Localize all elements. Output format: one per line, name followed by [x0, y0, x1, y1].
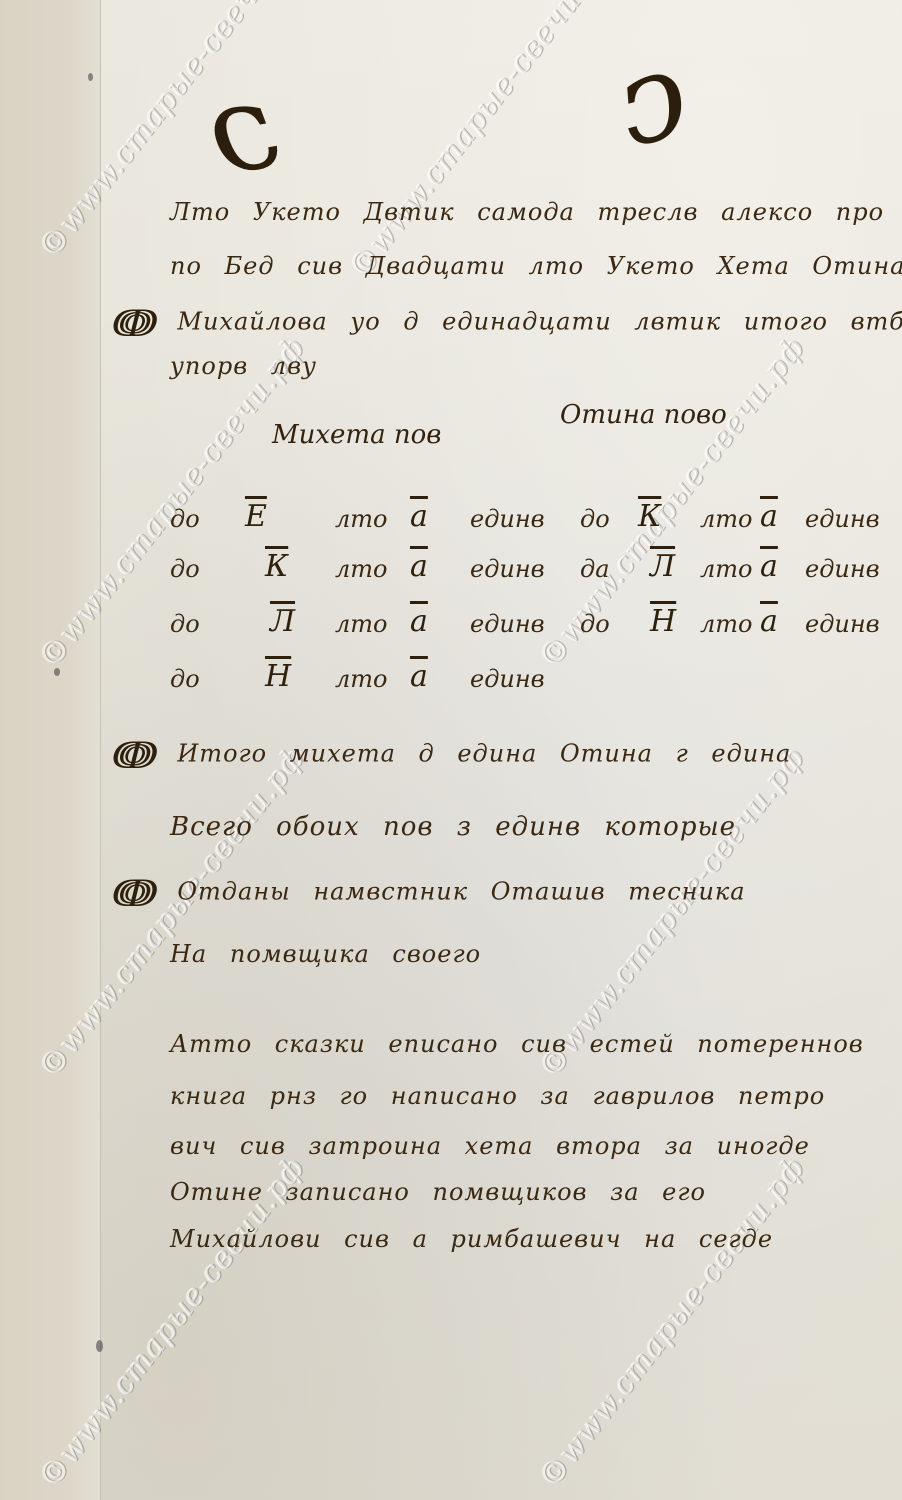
right-column-heading: Отина пово [560, 400, 727, 430]
row-mid: лто [700, 610, 753, 638]
closing-line: Михайлови сив а римбашевич на сегде [170, 1225, 880, 1253]
row-unit: единв [470, 665, 545, 693]
row-mid: лто [335, 610, 388, 638]
row-mid: лто [335, 555, 388, 583]
row-unit: единв [805, 610, 880, 638]
intro-line: упорв лву [170, 352, 880, 380]
closing-line: вич сив затроина хета втора за иногде [170, 1132, 880, 1160]
left-column-heading: Михета пов [272, 420, 441, 450]
intro-line: Лто Укето Двтик самода треслв алексо про [170, 198, 880, 226]
row-number: Л [270, 604, 295, 639]
row-value: а [410, 604, 428, 639]
row-prefix: до [170, 555, 200, 583]
ink-stain [96, 1340, 103, 1352]
row-number: Н [265, 659, 291, 694]
row-value: а [410, 659, 428, 694]
row-unit: единв [470, 610, 545, 638]
row-number: Е [245, 499, 267, 534]
row-prefix: до [580, 610, 610, 638]
row-prefix: до [580, 505, 610, 533]
row-prefix: до [170, 505, 200, 533]
row-number: К [265, 549, 288, 584]
summary-line-text: Итого михета д едина Отина г едина [177, 740, 791, 768]
flourish-icon: ↈ [110, 732, 155, 778]
row-unit: единв [470, 555, 545, 583]
row-prefix: да [580, 555, 610, 583]
row-mid: лто [700, 505, 753, 533]
summary-line: ↈ Итого михета д едина Отина г едина [110, 732, 820, 778]
row-mid: лто [700, 555, 753, 583]
row-number: К [638, 499, 661, 534]
ink-stain [54, 668, 60, 676]
row-prefix: до [170, 665, 200, 693]
row-value: а [760, 604, 778, 639]
row-number: Л [650, 549, 675, 584]
flourish-icon: ↈ [110, 300, 155, 346]
row-value: а [760, 499, 778, 534]
row-value: а [410, 549, 428, 584]
row-prefix: до [170, 610, 200, 638]
summary-line-text: Отданы намвстник Оташив тесника [177, 878, 745, 906]
closing-line: Отине записано помвщиков за его [170, 1178, 880, 1206]
closing-line: Атто сказки еписано сив естей потереннов [170, 1030, 880, 1058]
right-column-heading-text: Отина пово [560, 400, 727, 430]
summary-line: ↈ Отданы намвстник Оташив тесника [110, 870, 820, 916]
row-unit: единв [805, 555, 880, 583]
row-number: Н [650, 604, 676, 639]
ink-stain [88, 73, 93, 81]
intro-line: ↈ Михайлова уо д единадцати лвтик итого … [110, 300, 820, 346]
intro-line-text: Михайлова уо д единадцати лвтик итого вт… [177, 308, 902, 336]
row-unit: единв [470, 505, 545, 533]
row-value: а [760, 549, 778, 584]
row-unit: единв [805, 505, 880, 533]
flourish-icon: ↈ [110, 870, 155, 916]
summary-line: На помвщика своего [170, 940, 880, 968]
row-value: а [410, 499, 428, 534]
binding-margin [0, 0, 101, 1500]
row-mid: лто [335, 505, 388, 533]
row-mid: лто [335, 665, 388, 693]
closing-line: книга рнз го написано за гаврилов петро [170, 1082, 880, 1110]
intro-line: по Бед сив Двадцати лто Укето Хета Отина [170, 252, 880, 280]
summary-line: Всего обоих пов з единв которые [170, 812, 880, 842]
